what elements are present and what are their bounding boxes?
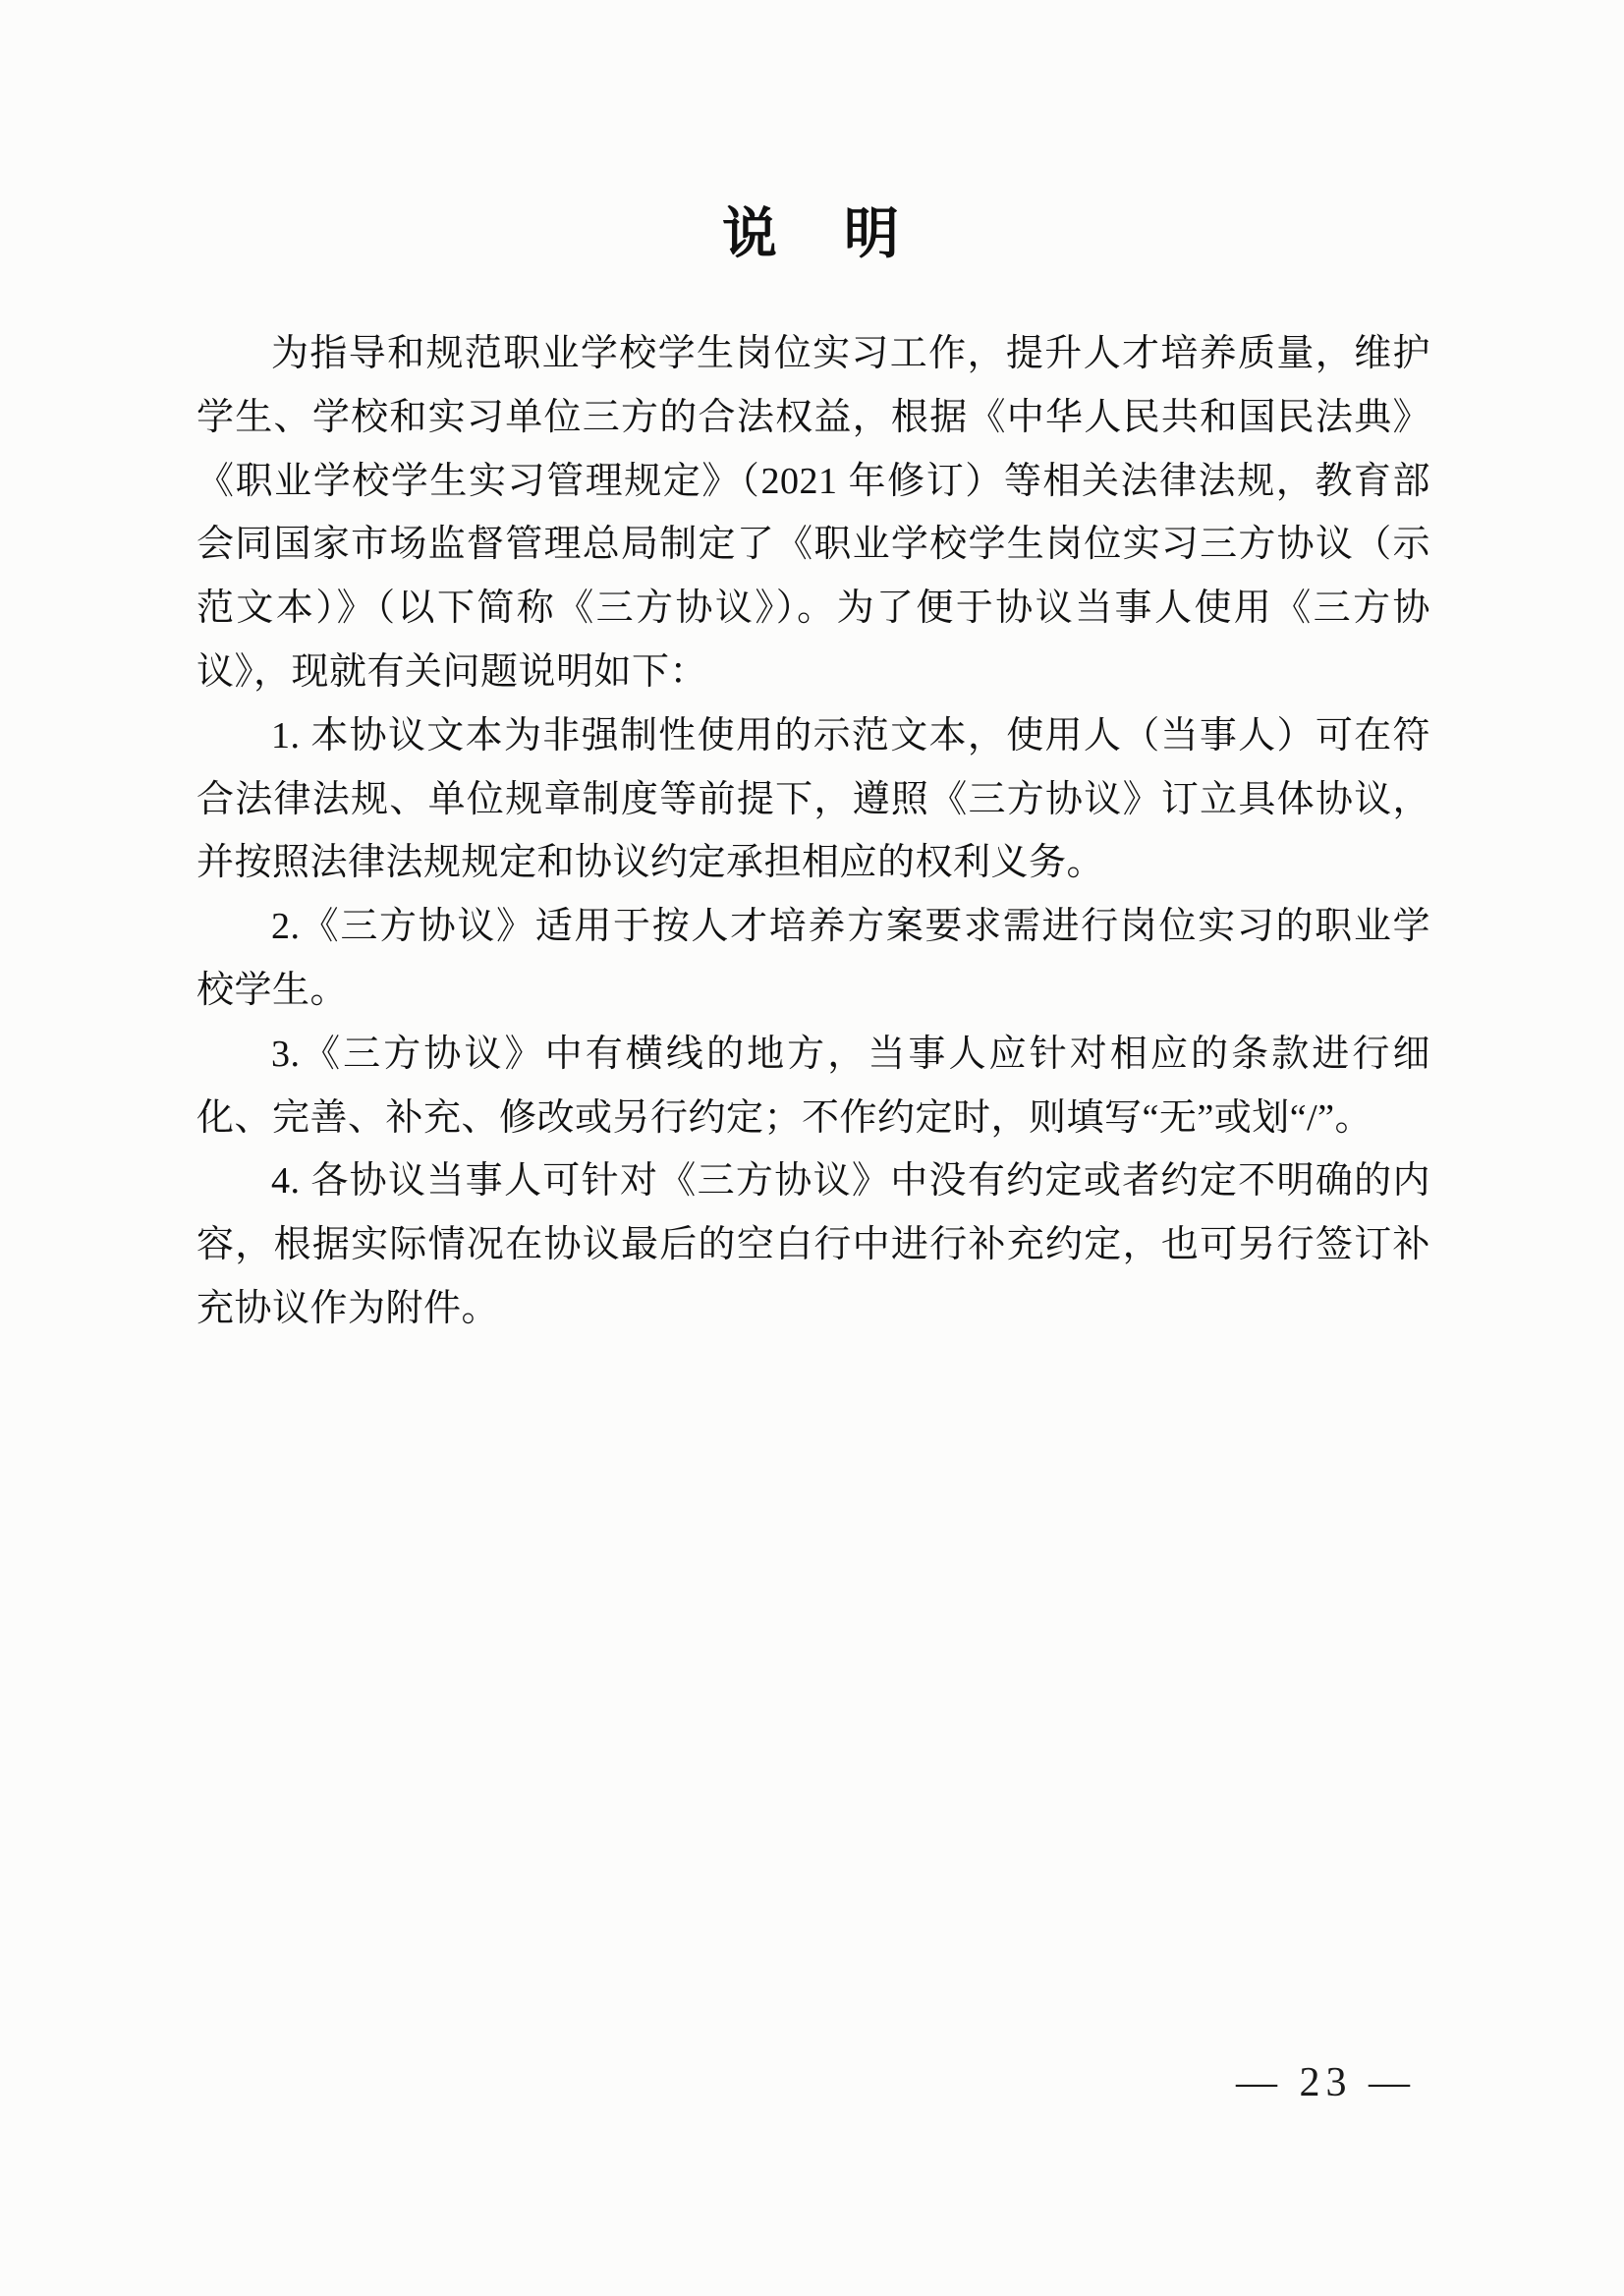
document-content: 说 明 为指导和规范职业学校学生岗位实习工作，提升人才培养质量，维护学生、学校和… [196,202,1430,1341]
item-1-paragraph: 1. 本协议文本为非强制性使用的示范文本，使用人（当事人）可在符合法律法规、单位… [196,704,1430,895]
page-title: 说 明 [196,202,1430,265]
page-number: — 23 — [1236,2059,1416,2106]
item-3-paragraph: 3.《三方协议》中有横线的地方，当事人应针对相应的条款进行细化、完善、补充、修改… [196,1023,1430,1150]
document-page: 说 明 为指导和规范职业学校学生岗位实习工作，提升人才培养质量，维护学生、学校和… [0,0,1624,2296]
item-2-paragraph: 2.《三方协议》适用于按人才培养方案要求需进行岗位实习的职业学校学生。 [196,895,1430,1023]
item-4-paragraph: 4. 各协议当事人可针对《三方协议》中没有约定或者约定不明确的内容，根据实际情况… [196,1149,1430,1340]
intro-paragraph: 为指导和规范职业学校学生岗位实习工作，提升人才培养质量，维护学生、学校和实习单位… [196,322,1430,704]
